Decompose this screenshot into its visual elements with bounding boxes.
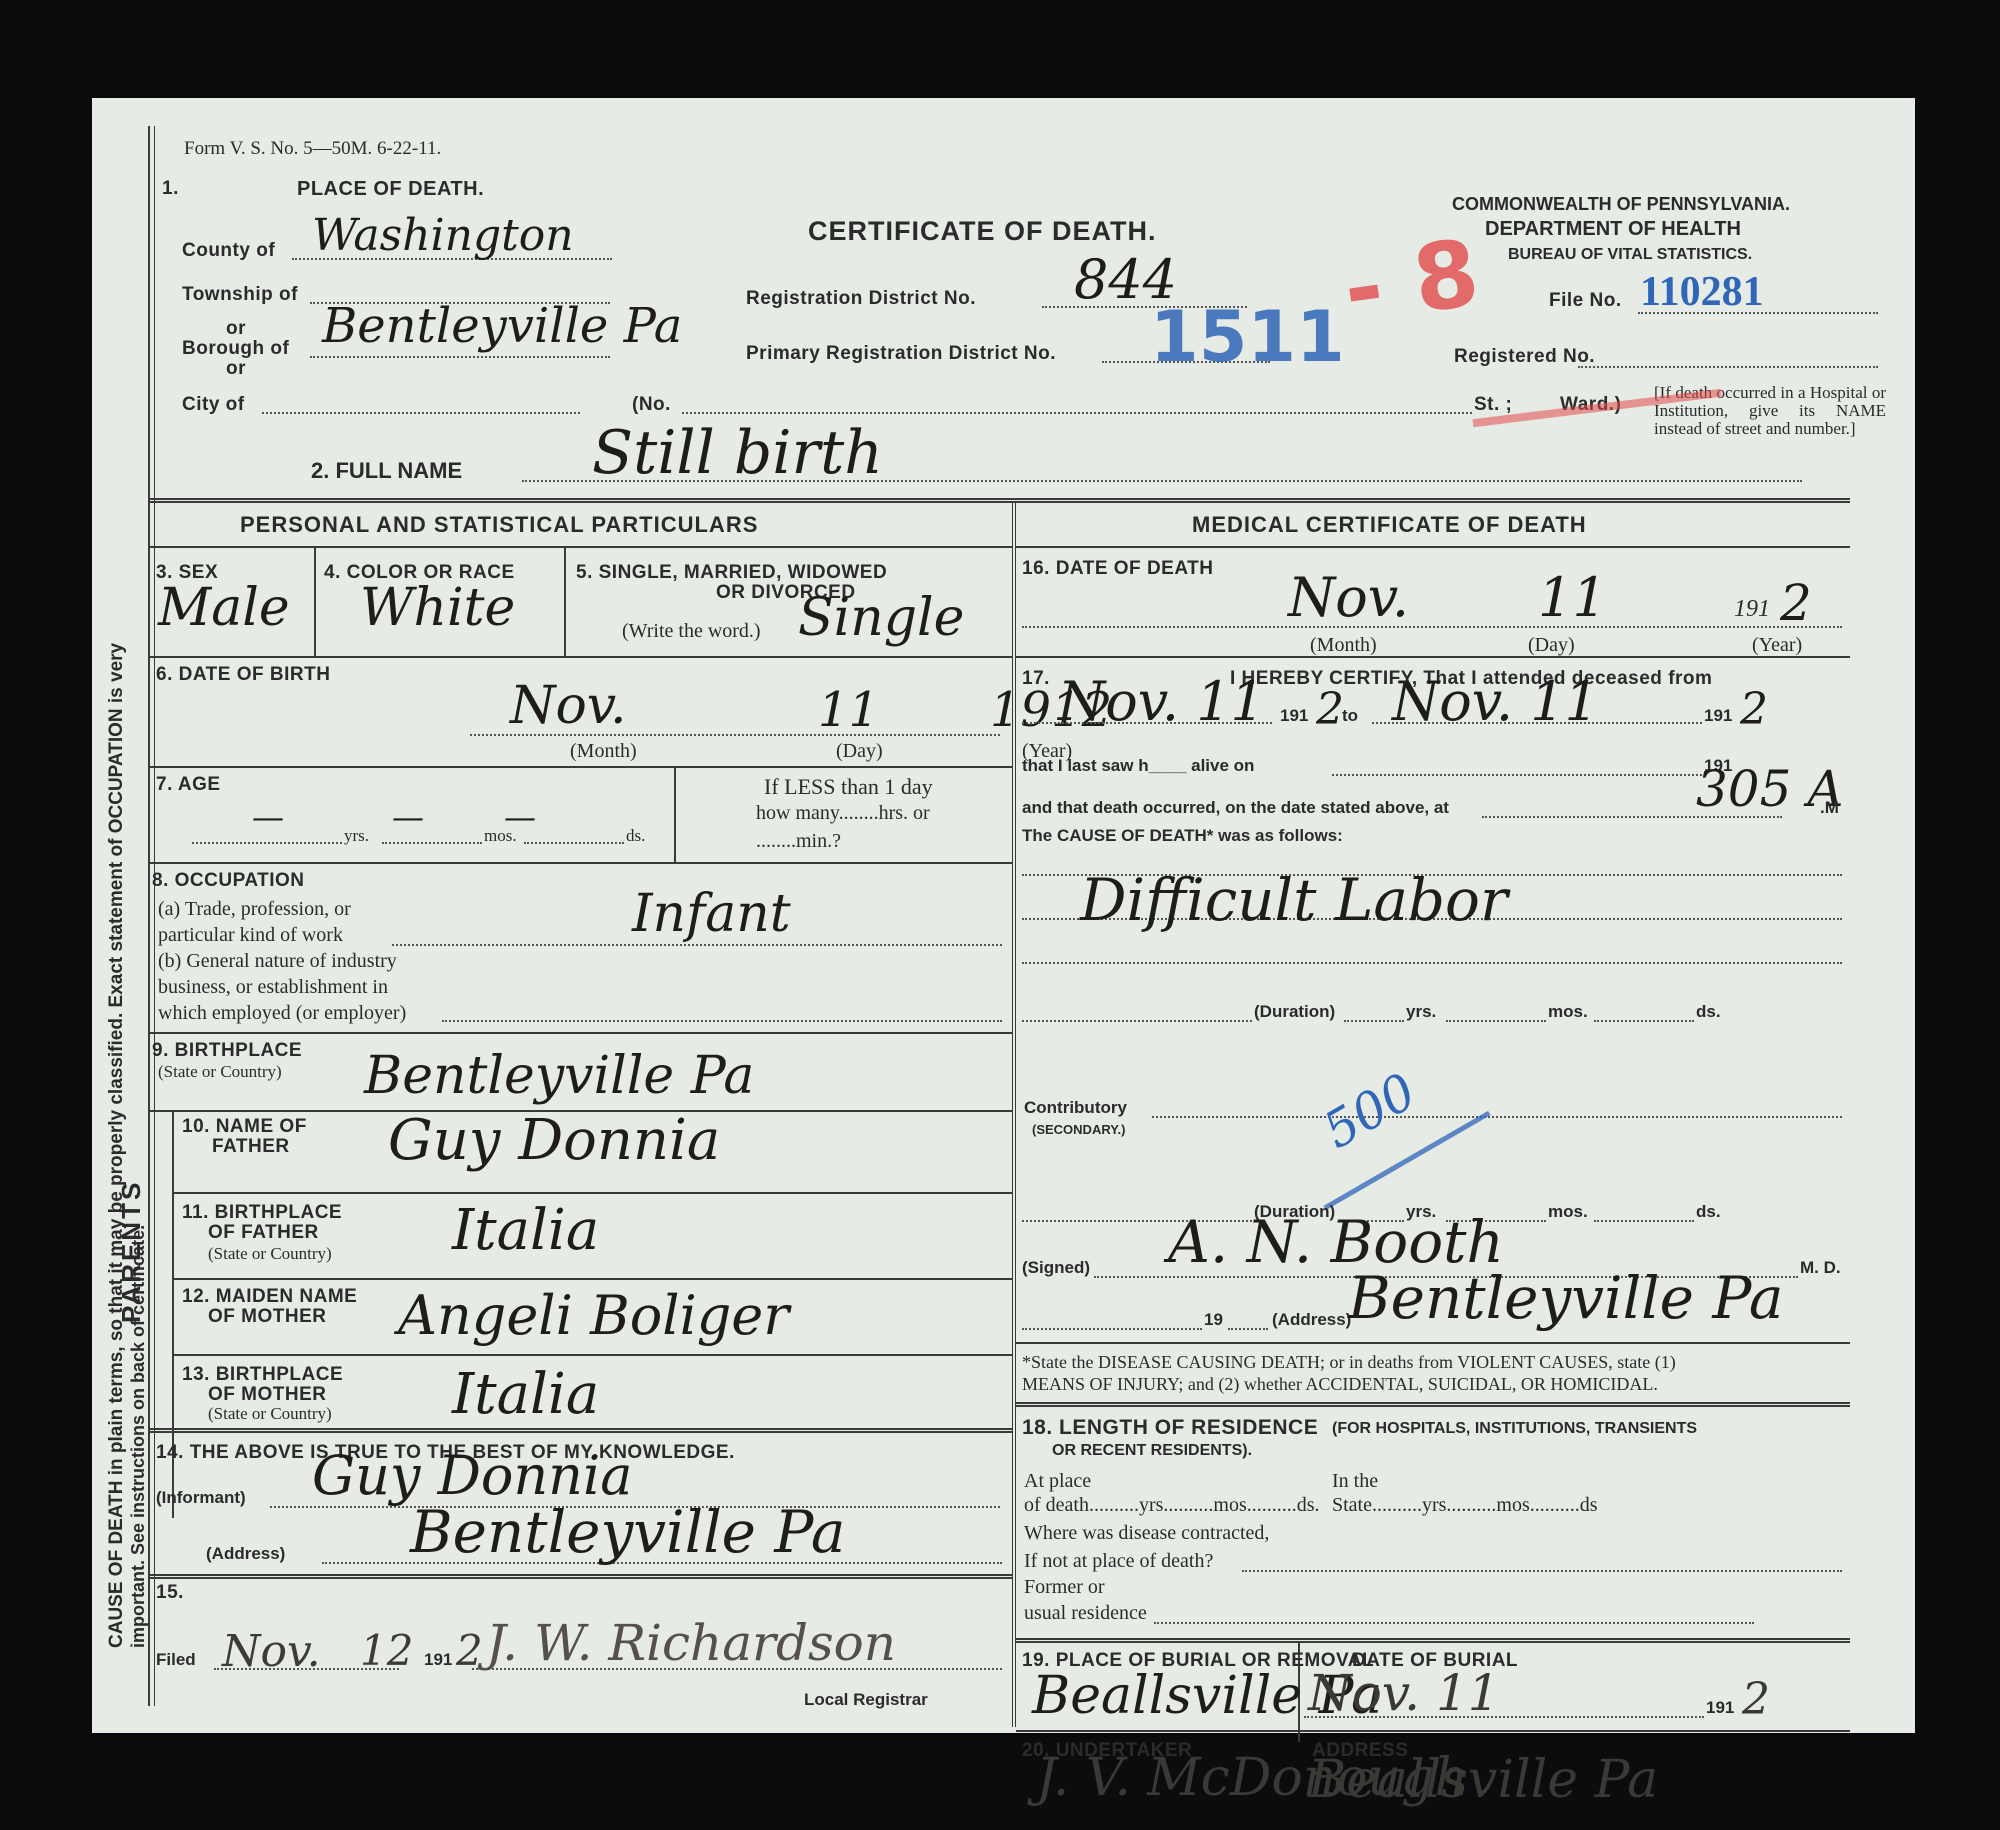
attended-to-year: 2 [1740, 684, 1768, 735]
secondary-label: (SECONDARY.) [1032, 1122, 1125, 1137]
filed-day: 12 [360, 1626, 413, 1675]
last-saw-text: that I last saw h____ alive on [1022, 756, 1254, 776]
personal-heading: PERSONAL AND STATISTICAL PARTICULARS [240, 512, 758, 538]
less-than-day-3: ........min.? [756, 830, 841, 853]
or-2: or [226, 358, 246, 380]
side-instruction-1: CAUSE OF DEATH in plain terms, so that i… [106, 643, 128, 1648]
race-value: White [360, 578, 515, 638]
age-mos-value: — [392, 798, 424, 836]
attended-from-year: 2 [1316, 684, 1344, 735]
father-name-value: Guy Donnia [388, 1108, 720, 1173]
occupation-b-3: which employed (or employer) [158, 1002, 406, 1025]
margin-rule-inner [154, 126, 155, 1706]
certify-number: 17. [1022, 668, 1050, 690]
former-residence-2: usual residence [1024, 1602, 1147, 1625]
file-no-label: File No. [1549, 290, 1622, 312]
sex-value: Male [158, 578, 290, 638]
certificate-title: CERTIFICATE OF DEATH. [808, 216, 1156, 247]
registered-no-label: Registered No. [1454, 346, 1595, 368]
father-birthplace-hint: (State or Country) [208, 1244, 332, 1264]
duration-yrs-primary: yrs. [1406, 1002, 1436, 1022]
marital-label-1: 5. SINGLE, MARRIED, WIDOWED [576, 562, 887, 584]
marital-hint: (Write the word.) [622, 620, 761, 643]
occupation-label: 8. OCCUPATION [152, 870, 305, 892]
at-place-1: At place [1024, 1470, 1091, 1493]
less-than-day-1: If LESS than 1 day [764, 774, 933, 800]
father-name-label-2: FATHER [212, 1136, 290, 1158]
file-no-value: 110281 [1640, 268, 1764, 316]
agency-line-3: BUREAU OF VITAL STATISTICS. [1508, 246, 1752, 264]
age-yrs-unit: yrs. [344, 826, 369, 846]
red-crayon-mark: - 8 [1337, 219, 1485, 344]
father-birthplace-label-1: 11. BIRTHPLACE [182, 1202, 342, 1224]
mother-name-value: Angeli Boliger [398, 1284, 789, 1347]
blue-code: 500 [1314, 1062, 1426, 1160]
medical-heading: MEDICAL CERTIFICATE OF DEATH [1192, 512, 1587, 538]
dob-day-caption: (Day) [836, 740, 883, 763]
birthplace-hint: (State or Country) [158, 1062, 282, 1082]
informant-label: (Informant) [156, 1488, 246, 1508]
dod-year-prefix: 191 [1734, 596, 1770, 623]
mother-name-label-1: 12. MAIDEN NAME [182, 1286, 357, 1308]
burial-year-suffix: 2 [1742, 1674, 1770, 1725]
age-mos-unit: mos. [484, 826, 517, 846]
cause-value: Difficult Labor [1080, 866, 1508, 934]
father-birthplace-label-2: OF FATHER [208, 1222, 319, 1244]
borough-value: Bentleyville Pa [322, 298, 682, 354]
occupation-a-1: (a) Trade, profession, or [158, 898, 351, 921]
mother-birthplace-hint: (State or Country) [208, 1404, 332, 1424]
birthplace-label: 9. BIRTHPLACE [152, 1040, 302, 1062]
dod-day: 11 [1538, 566, 1607, 629]
dob-label: 6. DATE OF BIRTH [156, 664, 330, 686]
former-residence-1: Former or [1024, 1576, 1105, 1599]
full-name-label: 2. FULL NAME [311, 458, 462, 484]
signed-label: (Signed) [1022, 1258, 1090, 1278]
borough-label: Borough of [182, 338, 289, 360]
signed-date-19: 19 [1204, 1310, 1223, 1330]
duration-ds-primary: ds. [1696, 1002, 1721, 1022]
cause-label: The CAUSE OF DEATH* was as follows: [1022, 826, 1343, 846]
death-time-suffix: .M [1820, 798, 1839, 818]
reg-district-label: Registration District No. [746, 288, 976, 310]
occupation-value: Infant [632, 884, 791, 944]
dod-year-caption: (Year) [1752, 634, 1802, 657]
duration-ds-secondary: ds. [1696, 1202, 1721, 1222]
death-certificate: CAUSE OF DEATH in plain terms, so that i… [92, 98, 1915, 1733]
primary-reg-value: 1511 [1150, 296, 1345, 378]
duration-mos-primary: mos. [1548, 1002, 1588, 1022]
age-label: 7. AGE [156, 774, 221, 796]
residence-label-1: 18. LENGTH OF RESIDENCE [1022, 1416, 1318, 1440]
agency-line-1: COMMONWEALTH OF PENNSYLVANIA. [1452, 194, 1790, 215]
margin-rule [148, 126, 150, 1706]
full-name-value: Still birth [592, 418, 883, 488]
physician-address-value: Bentleyville Pa [1348, 1264, 1783, 1332]
dod-day-caption: (Day) [1528, 634, 1575, 657]
attended-from-year-prefix: 191 [1280, 706, 1308, 726]
birthplace-value: Bentleyville Pa [364, 1046, 754, 1106]
less-than-day-2: how many........hrs. or [756, 802, 930, 825]
agency-line-2: DEPARTMENT OF HEALTH [1485, 218, 1741, 241]
street-no-label: (No. [632, 394, 671, 416]
mother-birthplace-value: Italia [452, 1362, 599, 1427]
filed-month: Nov. [222, 1626, 321, 1677]
dob-month-caption: (Month) [570, 740, 637, 763]
in-state-2: State..........yrs..........mos.........… [1332, 1494, 1598, 1517]
duration-label-primary: (Duration) [1254, 1002, 1335, 1022]
mother-name-label-2: OF MOTHER [208, 1306, 327, 1328]
age-yrs-value: — [252, 798, 284, 836]
residence-label-2: OR RECENT RESIDENTS). [1052, 1442, 1252, 1460]
registrar-signature: J. W. Richardson [486, 1614, 896, 1672]
occupation-b-2: business, or establishment in [158, 976, 388, 999]
contracted-2: If not at place of death? [1024, 1550, 1213, 1573]
mother-birthplace-label-1: 13. BIRTHPLACE [182, 1364, 343, 1386]
dod-year-suffix: 2 [1780, 574, 1812, 632]
place-of-death-heading: PLACE OF DEATH. [297, 178, 484, 201]
or-1: or [226, 318, 246, 340]
street-label: St. ; [1474, 394, 1512, 416]
county-label: County of [182, 240, 275, 262]
informant-address-label: (Address) [206, 1544, 285, 1564]
attended-from: Nov. 11 [1058, 670, 1265, 733]
residence-label-note: (FOR HOSPITALS, INSTITUTIONS, TRANSIENTS [1332, 1420, 1697, 1438]
filed-number: 15. [156, 1582, 184, 1604]
dob-month: Nov. [510, 676, 627, 736]
city-label: City of [182, 394, 245, 416]
footnote-line-1: *State the DISEASE CAUSING DEATH; or in … [1022, 1352, 1676, 1373]
county-value: Washington [312, 210, 574, 261]
contracted-1: Where was disease contracted, [1024, 1522, 1269, 1545]
in-state-1: In the [1332, 1470, 1378, 1493]
father-birthplace-value: Italia [452, 1198, 599, 1263]
to-label: to [1342, 706, 1358, 726]
occupation-a-2: particular kind of work [158, 924, 343, 947]
form-number: Form V. S. No. 5—50M. 6-22-11. [184, 138, 441, 160]
physician-address-label: (Address) [1272, 1310, 1351, 1330]
duration-mos-secondary: mos. [1548, 1202, 1588, 1222]
filed-label: Filed [156, 1650, 196, 1670]
burial-year-prefix: 191 [1706, 1698, 1734, 1718]
attended-to: Nov. 11 [1392, 670, 1599, 733]
dob-day: 11 [818, 682, 879, 738]
footnote-line-2: MEANS OF INJURY; and (2) whether ACCIDEN… [1022, 1374, 1658, 1395]
md-label: M. D. [1800, 1258, 1841, 1278]
contributory-label: Contributory [1024, 1098, 1127, 1118]
dod-month-caption: (Month) [1310, 634, 1377, 657]
death-time-text: and that death occurred, on the date sta… [1022, 798, 1449, 818]
occupation-b-1: (b) General nature of industry [158, 950, 397, 973]
township-label: Township of [182, 284, 298, 306]
parents-label: PARENTS [116, 1180, 147, 1323]
at-place-2: of death..........yrs..........mos......… [1024, 1494, 1320, 1517]
registrar-label: Local Registrar [804, 1690, 928, 1710]
dod-label: 16. DATE OF DEATH [1022, 558, 1213, 580]
primary-reg-label: Primary Registration District No. [746, 343, 1056, 365]
dod-month: Nov. [1288, 566, 1409, 629]
age-ds-unit: ds. [626, 826, 645, 846]
father-name-label-1: 10. NAME OF [182, 1116, 307, 1138]
undertaker-address-value: Beallsville Pa [1308, 1750, 1658, 1810]
informant-address-value: Bentleyville Pa [410, 1498, 845, 1566]
mother-birthplace-label-2: OF MOTHER [208, 1384, 327, 1406]
marital-value: Single [798, 588, 964, 648]
place-of-death-number: 1. [162, 178, 179, 200]
burial-date-value: Nov. 11 [1308, 1664, 1500, 1722]
attended-to-year-prefix: 191 [1704, 706, 1732, 726]
filed-year-prefix: 191 [424, 1650, 452, 1670]
